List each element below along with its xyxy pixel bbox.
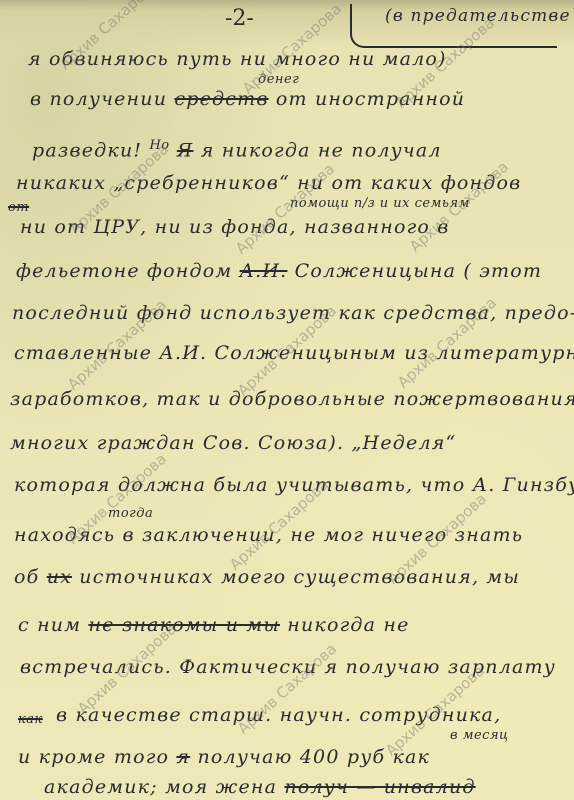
line-3-struck: Я (177, 139, 194, 161)
line-3-after: я никогда не получал (201, 139, 442, 161)
line-14-after: никогда не (287, 614, 409, 636)
line-18-struck: получ — инвалид (284, 776, 475, 798)
line-17-before: и кроме того (18, 746, 169, 768)
line-13-after: источниках моего существования, мы (79, 566, 520, 588)
line-13-struck: их (47, 566, 72, 588)
scanned-manuscript-page: -2- (в предательстве и я обвиняюсь путь … (0, 0, 574, 800)
line-6-before: фельетоне фондом (16, 260, 232, 282)
line-13-before: об (14, 566, 39, 588)
manuscript-line-3: разведки! Но Я я никогда не получал (32, 138, 442, 161)
manuscript-line-13: об их источниках моего существования, мы (14, 566, 520, 588)
line-17-struck: я (176, 746, 190, 768)
line-14-struck: не знакомы и мы (88, 614, 280, 636)
manuscript-line-11: которая должна была учитывать, что А. Ги… (14, 474, 574, 496)
line-2-before: в получении (30, 88, 167, 110)
line-16-struck: как (18, 712, 43, 727)
manuscript-line-4: никаких „сребренников“ ни от каких фондо… (16, 172, 521, 194)
manuscript-line-17: и кроме того я получаю 400 руб как (18, 746, 430, 768)
line-17-insert: в месяц (450, 728, 509, 743)
manuscript-line-10: многих граждан Сов. Союза). „Неделя“ (10, 432, 456, 454)
manuscript-line-18: академик; моя жена получ — инвалид (44, 776, 476, 798)
line-6-after: Солженицына ( (295, 260, 472, 282)
manuscript-line-9: заработков, так и добровольные пожертвов… (10, 388, 574, 410)
line-5-struck: от (8, 200, 29, 215)
line-18-before: академик; моя жена (44, 776, 277, 798)
page-number: -2- (225, 6, 254, 31)
line-2-after: от иностранной (276, 88, 465, 110)
line-6-struck: А.И. (240, 260, 288, 282)
line-6-end: этот (479, 260, 542, 282)
line-14-before: с ним (18, 614, 81, 636)
manuscript-line-6: фельетоне фондом А.И. Солженицына ( этот (16, 260, 542, 282)
manuscript-line-14: с ним не знакомы и мы никогда не (18, 614, 410, 636)
line-3-before: разведки! (32, 139, 142, 161)
